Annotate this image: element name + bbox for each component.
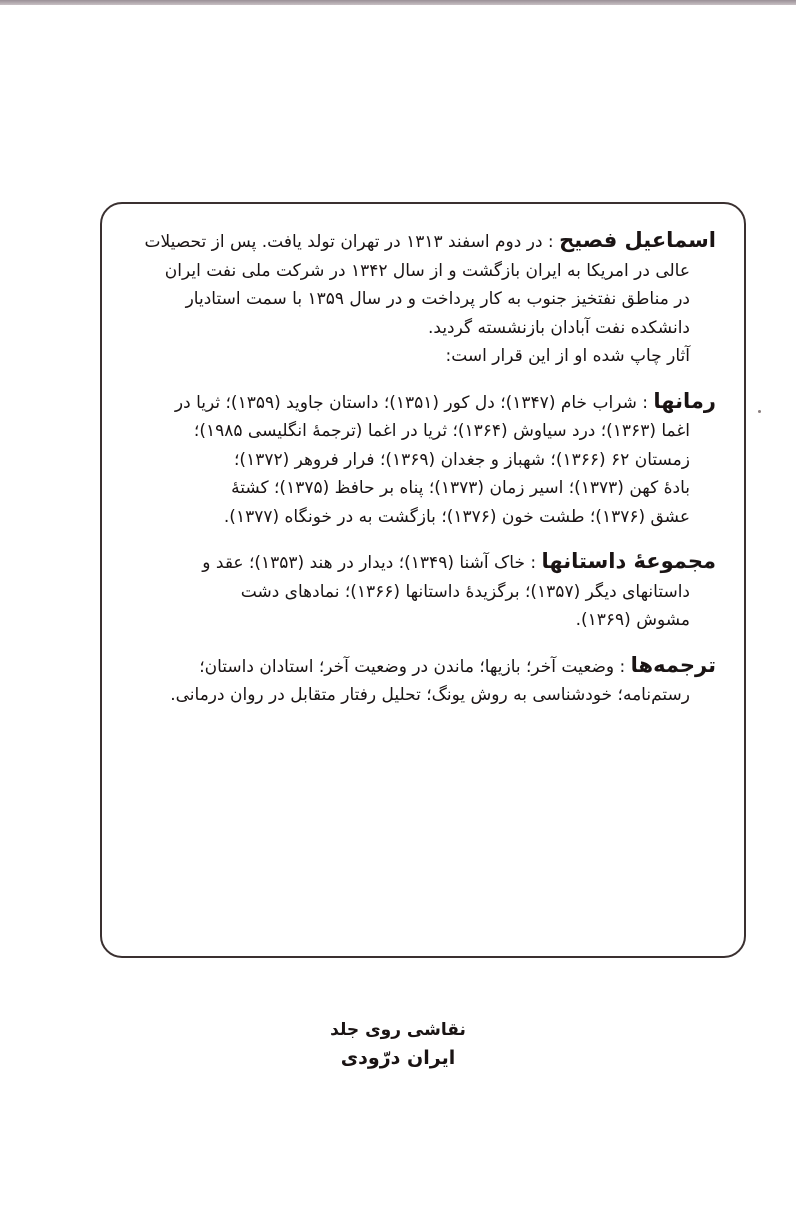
cover-painting-label: نقاشی روی جلد — [0, 1017, 796, 1043]
novels-line-1: شراب خام (۱۳۴۷)؛ دل کور (۱۳۵۱)؛ داستان ج… — [175, 393, 637, 413]
story-collections-heading: مجموعهٔ داستانها — [542, 549, 717, 573]
bio-line-5: آثار چاپ شده او از این قرار است: — [124, 342, 716, 371]
novels-paragraph: رمانها : شراب خام (۱۳۴۷)؛ دل کور (۱۳۵۱)؛… — [124, 387, 716, 532]
story-collections-line-1: خاک آشنا (۱۳۴۹)؛ دیدار در هند (۱۳۵۳)؛ عق… — [202, 553, 525, 573]
bio-line-3: در مناطق نفتخیز جنوب به کار پرداخت و در … — [124, 285, 716, 314]
novels-heading: رمانها — [653, 389, 716, 413]
scan-top-edge — [0, 0, 796, 5]
translations-line-2: رستم‌نامه؛ خودشناسی به روش یونگ؛ تحلیل ر… — [124, 681, 716, 710]
scan-speck — [758, 410, 761, 413]
spacer — [124, 531, 716, 547]
biography-paragraph: اسماعیل فصیح : در دوم اسفند ۱۳۱۳ در تهرا… — [124, 226, 716, 371]
translations-line-1: وضعیت آخر؛ بازیها؛ ماندن در وضعیت آخر؛ ا… — [199, 657, 614, 677]
cover-artist-name: ایران درّودی — [0, 1043, 796, 1073]
novels-line-4: بادهٔ کهن (۱۳۷۳)؛ اسیر زمان (۱۳۷۳)؛ پناه… — [124, 474, 716, 503]
spacer — [124, 635, 716, 651]
bio-line-1: در دوم اسفند ۱۳۱۳ در تهران تولد یافت. پس… — [144, 232, 542, 252]
separator: : — [614, 657, 631, 677]
author-name: اسماعیل فصیح — [559, 228, 716, 252]
separator: : — [525, 553, 542, 573]
spacer — [124, 371, 716, 387]
novels-line-3: زمستان ۶۲ (۱۳۶۶)؛ شهباز و جغدان (۱۳۶۹)؛ … — [124, 446, 716, 475]
story-collections-line-2: داستانهای دیگر (۱۳۵۷)؛ برگزیدهٔ داستانها… — [124, 578, 716, 607]
novels-line-5: عشق (۱۳۷۶)؛ طشت خون (۱۳۷۶)؛ بازگشت به در… — [124, 503, 716, 532]
translations-paragraph: ترجمه‌ها : وضعیت آخر؛ بازیها؛ ماندن در و… — [124, 651, 716, 710]
cover-credits: نقاشی روی جلد ایران درّودی — [0, 1017, 796, 1073]
separator: : — [543, 232, 560, 252]
novels-line-2: اغما (۱۳۶۳)؛ درد سیاوش (۱۳۶۴)؛ ثریا در ا… — [124, 417, 716, 446]
story-collections-paragraph: مجموعهٔ داستانها : خاک آشنا (۱۳۴۹)؛ دیدا… — [124, 547, 716, 635]
story-collections-line-3: مشوش (۱۳۶۹). — [124, 606, 716, 635]
translations-heading: ترجمه‌ها — [631, 653, 716, 677]
author-bio-box: اسماعیل فصیح : در دوم اسفند ۱۳۱۳ در تهرا… — [100, 202, 746, 958]
bio-line-4: دانشکده نفت آبادان بازنشسته گردید. — [124, 314, 716, 343]
bio-line-2: عالی در امریکا به ایران بازگشت و از سال … — [124, 257, 716, 286]
separator: : — [637, 393, 654, 413]
